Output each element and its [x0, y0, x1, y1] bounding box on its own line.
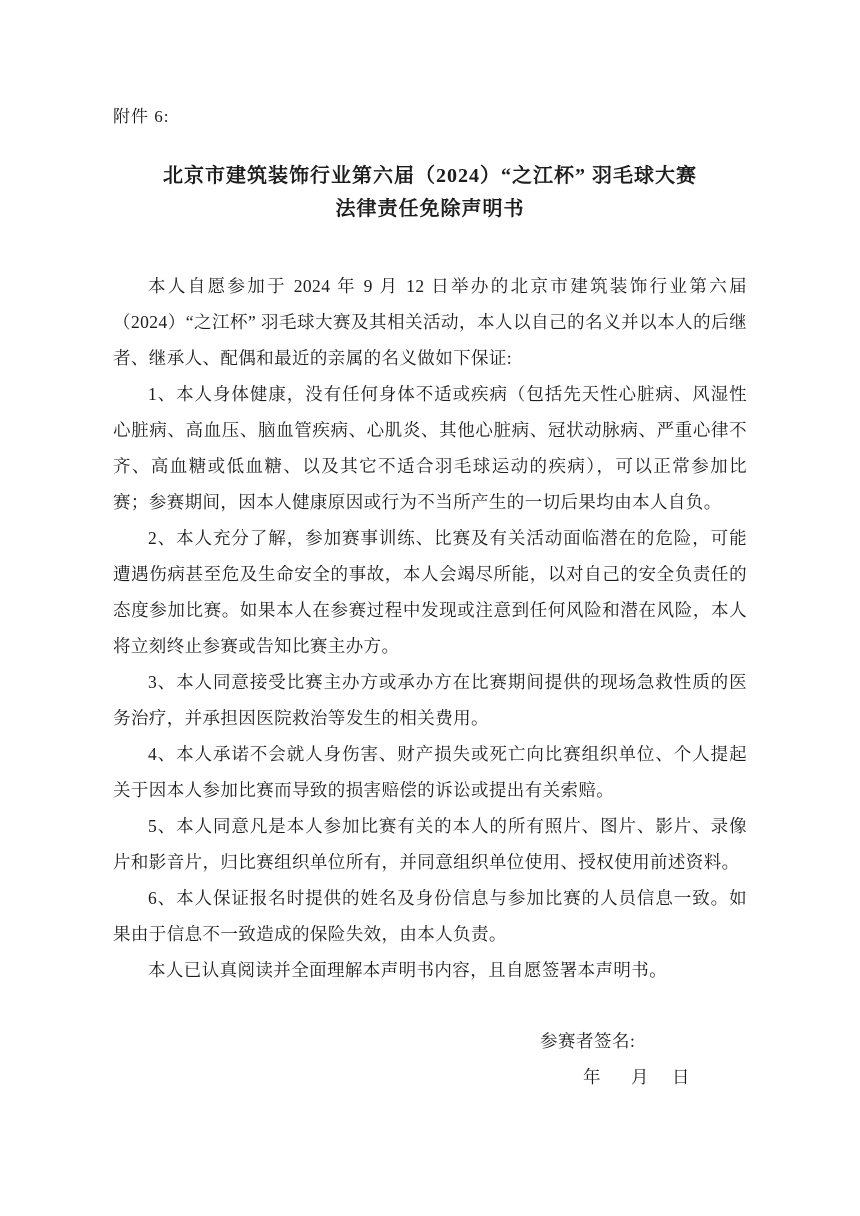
body-paragraph-item-3: 3、本人同意接受比赛主办方或承办方在比赛期间提供的现场急救性质的医务治疗，并承担… [113, 664, 747, 736]
document-title: 北京市建筑装饰行业第六届（2024）“之江杯” 羽毛球大赛 法律责任免除声明书 [113, 160, 747, 226]
title-line-2: 法律责任免除声明书 [113, 193, 747, 226]
attachment-label: 附件 6: [113, 105, 747, 129]
signature-section: 参赛者签名: 年月日 [113, 1023, 747, 1095]
title-line-1: 北京市建筑装饰行业第六届（2024）“之江杯” 羽毛球大赛 [113, 160, 747, 193]
signature-label: 参赛者签名: [540, 1023, 747, 1059]
document-page: 附件 6: 北京市建筑装饰行业第六届（2024）“之江杯” 羽毛球大赛 法律责任… [0, 0, 860, 1216]
document-content: 附件 6: 北京市建筑装饰行业第六届（2024）“之江杯” 羽毛球大赛 法律责任… [113, 105, 747, 1095]
body-paragraph-item-1: 1、本人身体健康，没有任何身体不适或疾病（包括先天性心脏病、风湿性心脏病、高血压… [113, 376, 747, 520]
body-paragraph-item-6: 6、本人保证报名时提供的姓名及身份信息与参加比赛的人员信息一致。如果由于信息不一… [113, 880, 747, 952]
date-month-label: 月 [631, 1067, 649, 1087]
body-paragraph-item-4: 4、本人承诺不会就人身伤害、财产损失或死亡向比赛组织单位、个人提起关于因本人参加… [113, 736, 747, 808]
body-paragraph-item-2: 2、本人充分了解，参加赛事训练、比赛及有关活动面临潜在的危险，可能遭遇伤病甚至危… [113, 520, 747, 664]
signature-date-line: 年月日 [583, 1059, 747, 1095]
date-day-label: 日 [672, 1067, 690, 1087]
date-year-label: 年 [583, 1067, 601, 1087]
body-paragraph-intro: 本人自愿参加于 2024 年 9 月 12 日举办的北京市建筑装饰行业第六届（2… [113, 268, 747, 376]
body-paragraph-item-5: 5、本人同意凡是本人参加比赛有关的本人的所有照片、图片、影片、录像片和影音片，归… [113, 808, 747, 880]
document-body: 本人自愿参加于 2024 年 9 月 12 日举办的北京市建筑装饰行业第六届（2… [113, 268, 747, 988]
body-paragraph-closing: 本人已认真阅读并全面理解本声明书内容，且自愿签署本声明书。 [113, 952, 747, 988]
